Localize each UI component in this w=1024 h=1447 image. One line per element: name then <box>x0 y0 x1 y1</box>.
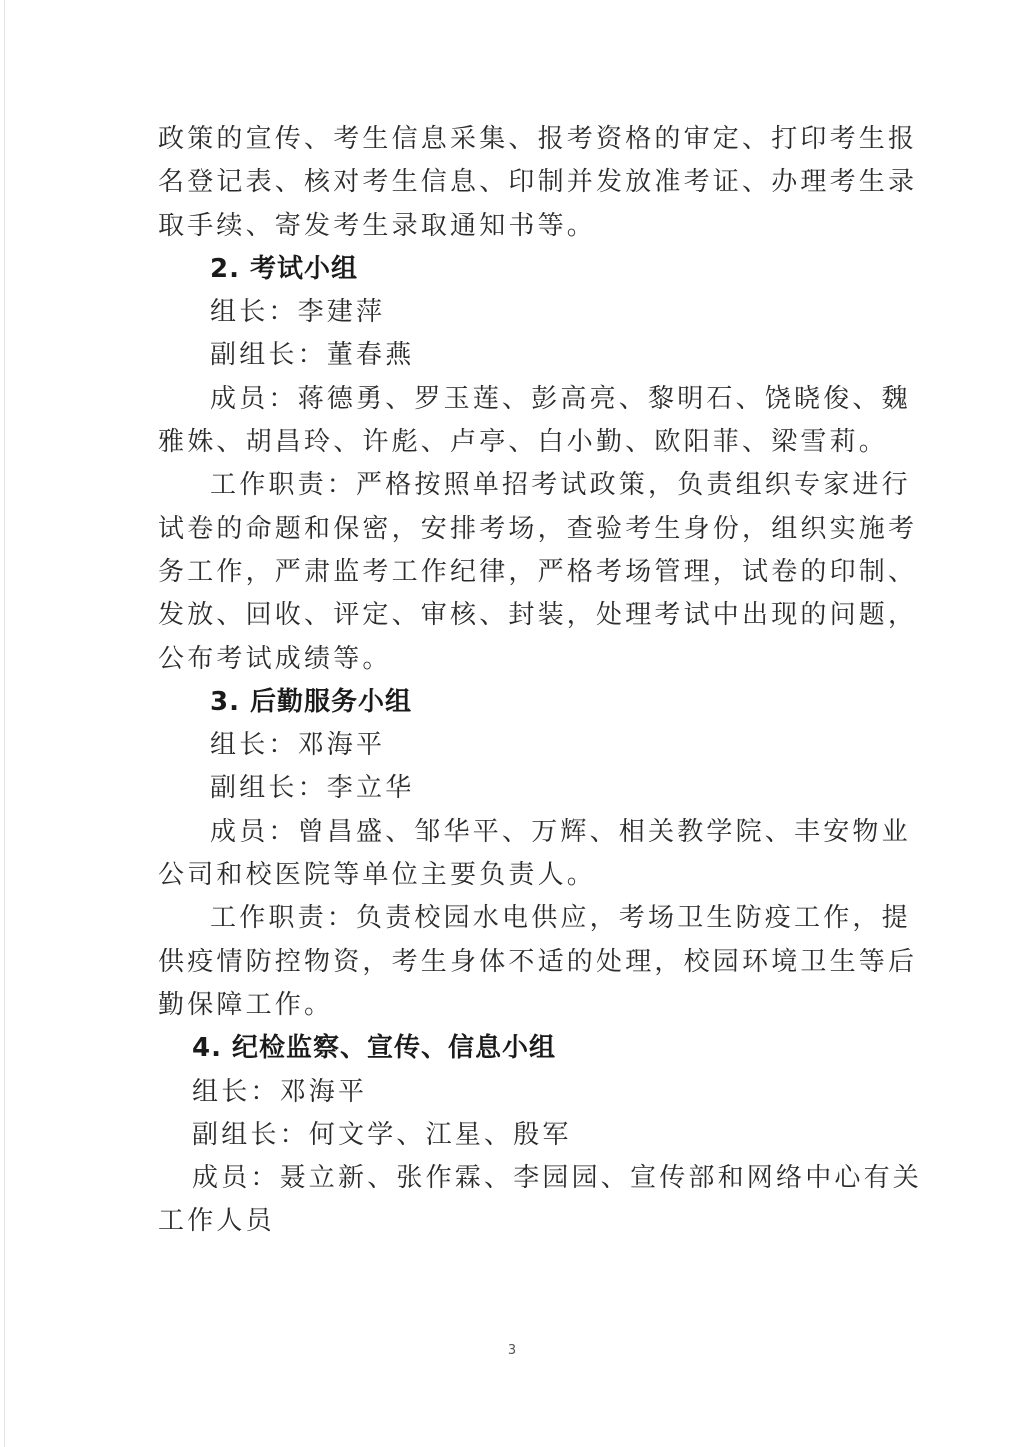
logistics-group-duties-line-2: 供疫情防控物资，考生身体不适的处理，校园环境卫生等后 <box>158 941 868 984</box>
section-heading-supervision-group: 4. 纪检监察、宣传、信息小组 <box>158 1027 868 1070</box>
exam-group-members-line-1: 成员：蒋德勇、罗玉莲、彭高亮、黎明石、饶晓俊、魏 <box>158 378 868 421</box>
logistics-group-members-line-2: 公司和校医院等单位主要负责人。 <box>158 854 868 897</box>
exam-group-duties-line-2: 试卷的命题和保密，安排考场，查验考生身份，组织实施考 <box>158 508 868 551</box>
page-number: 3 <box>0 1343 1024 1358</box>
section-heading-logistics-group: 3. 后勤服务小组 <box>158 681 868 724</box>
logistics-group-members-line-1: 成员：曾昌盛、邹华平、万辉、相关教学院、丰安物业 <box>158 811 868 854</box>
intro-line-3: 取手续、寄发考生录取通知书等。 <box>158 205 868 248</box>
exam-group-deputy-leader: 副组长：董春燕 <box>158 334 868 377</box>
exam-group-members-line-2: 雅姝、胡昌玲、许彪、卢亭、白小勤、欧阳菲、梁雪莉。 <box>158 421 868 464</box>
exam-group-duties-line-1: 工作职责：严格按照单招考试政策，负责组织专家进行 <box>158 464 868 507</box>
logistics-group-duties-line-1: 工作职责：负责校园水电供应，考场卫生防疫工作，提 <box>158 897 868 940</box>
supervision-group-members-line-2: 工作人员 <box>158 1200 868 1243</box>
exam-group-leader: 组长：李建萍 <box>158 291 868 334</box>
logistics-group-deputy-leader: 副组长：李立华 <box>158 767 868 810</box>
supervision-group-deputy-leaders: 副组长：何文学、江星、殷军 <box>158 1114 868 1157</box>
logistics-group-duties-line-3: 勤保障工作。 <box>158 984 868 1027</box>
supervision-group-leader: 组长：邓海平 <box>158 1071 868 1114</box>
document-page: 政策的宣传、考生信息采集、报考资格的审定、打印考生报 名登记表、核对考生信息、印… <box>158 118 868 1244</box>
exam-group-duties-line-5: 公布考试成绩等。 <box>158 638 868 681</box>
section-heading-exam-group: 2. 考试小组 <box>158 248 868 291</box>
logistics-group-leader: 组长：邓海平 <box>158 724 868 767</box>
supervision-group-members-line-1: 成员：聂立新、张作霖、李园园、宣传部和网络中心有关 <box>158 1157 868 1200</box>
intro-line-1: 政策的宣传、考生信息采集、报考资格的审定、打印考生报 <box>158 118 868 161</box>
scan-edge-line <box>4 0 5 1447</box>
exam-group-duties-line-4: 发放、回收、评定、审核、封装，处理考试中出现的问题， <box>158 594 868 637</box>
exam-group-duties-line-3: 务工作，严肃监考工作纪律，严格考场管理，试卷的印制、 <box>158 551 868 594</box>
intro-line-2: 名登记表、核对考生信息、印制并发放准考证、办理考生录 <box>158 161 868 204</box>
